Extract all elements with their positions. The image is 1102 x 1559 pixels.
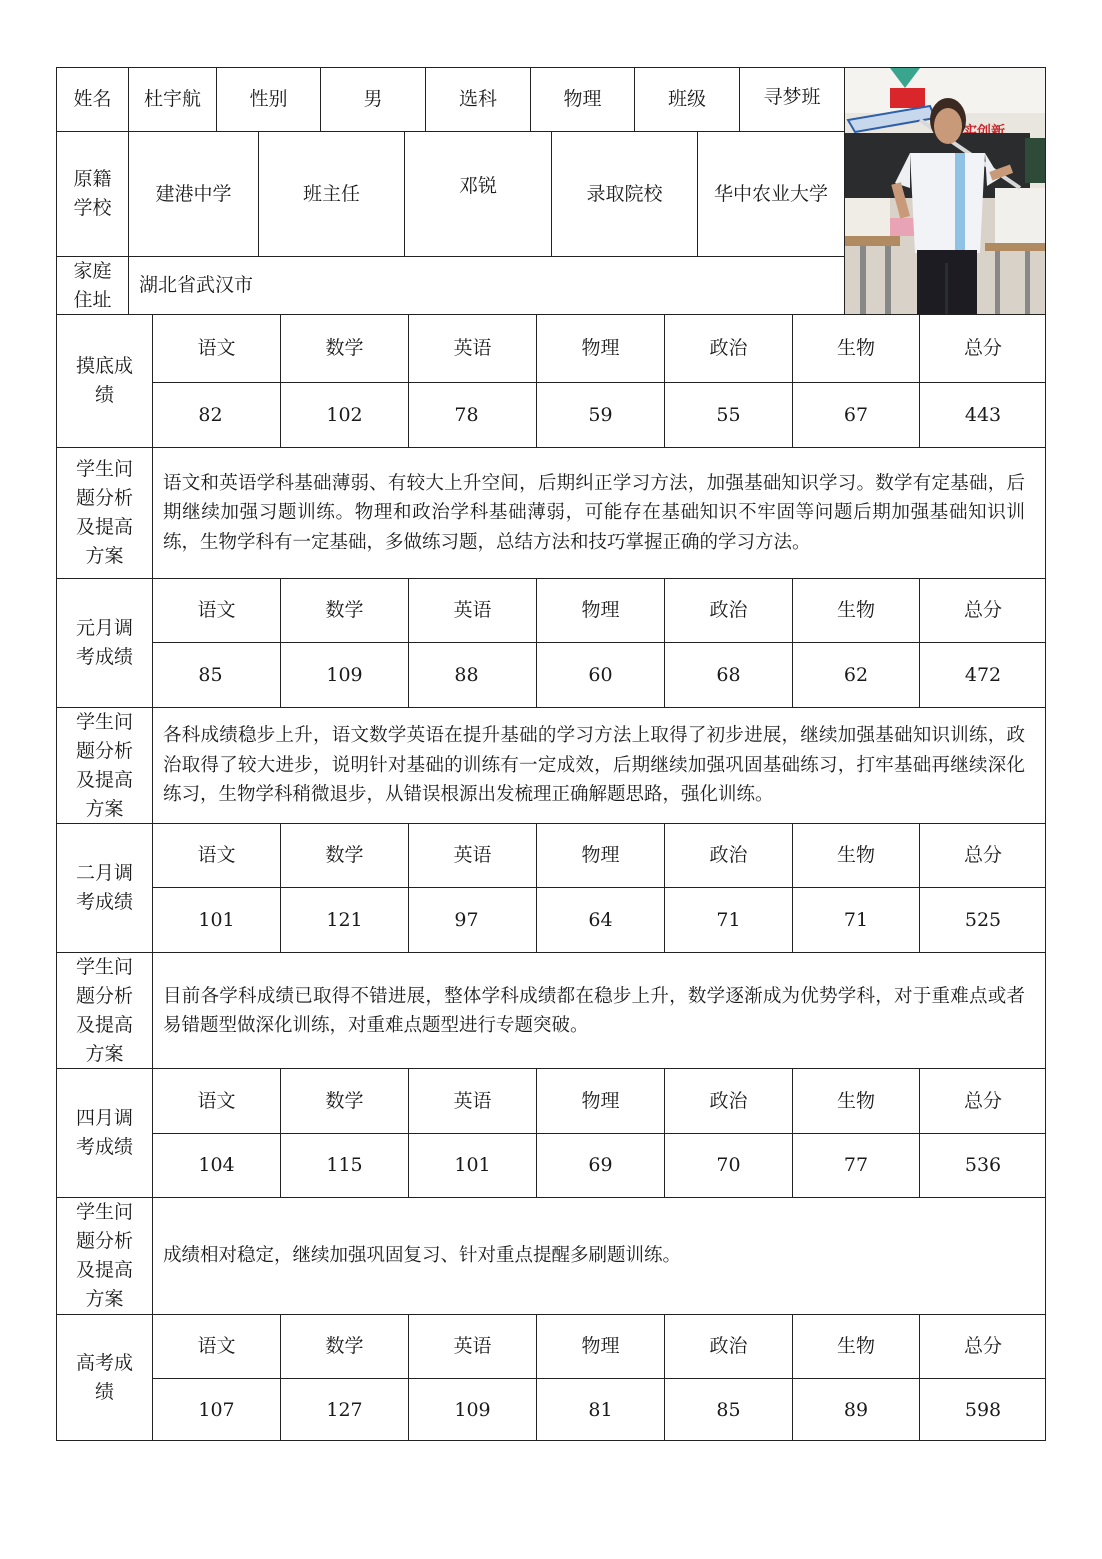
subject-header: 语文 [153,1069,280,1133]
subject-header: 数学 [281,1069,408,1133]
analysis-text: 语文和英语学科基础薄弱、有较大上升空间，后期纠正学习方法，加强基础知识学习。数学… [163,448,1025,578]
divider [152,1133,1046,1134]
subject-header: 物理 [537,315,664,382]
score-cell: 472 [920,643,1046,707]
subject-header: 总分 [920,1315,1046,1378]
subject-header: 物理 [537,1069,664,1133]
subject-header: 政治 [665,579,792,642]
subject-header: 物理 [537,1315,664,1378]
score-cell: 443 [920,383,1046,447]
divider [739,68,740,131]
divider [57,1068,1046,1069]
admission-label: 录取院校 [552,132,697,256]
divider [57,1197,1046,1198]
subject-header: 生物 [793,315,919,382]
subject-choice-label: 选科 [426,68,530,131]
divider [152,382,1046,383]
address-value: 湖北省武汉市 [139,257,539,314]
divider [57,447,1046,448]
divider [634,68,635,131]
divider [152,315,153,1441]
score-cell: 55 [665,383,792,447]
analysis-text: 目前各学科成绩已取得不错进展，整体学科成绩都在稳步上升，数学逐渐成为优势学科，对… [163,946,1025,1076]
school-label: 原籍 学校 [57,132,128,256]
teacher-label: 班主任 [259,132,404,256]
subject-header: 政治 [665,315,792,382]
score-cell: 102 [281,383,408,447]
score-cell: 62 [793,643,919,707]
teacher-value: 邓锐 [405,124,551,248]
score-cell: 71 [665,888,792,952]
score-cell: 69 [537,1134,664,1197]
score-cell: 109 [409,1379,536,1441]
score-cell: 71 [793,888,919,952]
exam-label: 二月调 考成绩 [57,824,152,952]
subject-header: 物理 [537,579,664,642]
score-cell: 101 [409,1134,536,1197]
admission-value: 华中农业大学 [698,132,844,256]
name-value: 杜宇航 [129,68,216,131]
subject-header: 语文 [153,579,280,642]
score-cell: 115 [281,1134,408,1197]
score-cell: 59 [537,383,664,447]
exam-label: 高考成 绩 [57,1315,152,1441]
subject-choice-value: 物理 [531,68,634,131]
divider [216,68,217,131]
subject-header: 生物 [793,824,919,887]
score-cell: 64 [537,888,664,952]
subject-header: 英语 [409,1069,536,1133]
exam-label: 四月调 考成绩 [57,1069,152,1197]
score-cell: 89 [793,1379,919,1441]
divider [551,132,552,256]
divider [530,68,531,131]
exam-label: 摸底成 绩 [57,315,152,447]
score-cell: 88 [409,643,524,707]
divider [152,1378,1046,1379]
divider [404,132,405,256]
score-cell: 101 [153,888,280,952]
score-cell: 109 [281,643,408,707]
name-label: 姓名 [57,68,128,131]
score-cell: 85 [665,1379,792,1441]
subject-header: 数学 [281,824,408,887]
analysis-label: 学生问 题分析 及提高 方案 [57,448,152,578]
score-cell: 107 [153,1379,280,1441]
score-cell: 121 [281,888,408,952]
score-cell: 82 [153,383,268,447]
address-label: 家庭 住址 [57,257,128,314]
score-cell: 60 [537,643,664,707]
score-cell: 77 [793,1134,919,1197]
score-cell: 67 [793,383,919,447]
subject-header: 政治 [665,1069,792,1133]
divider [320,68,321,131]
student-photo-image: 实创新 [845,68,1045,314]
subject-header: 生物 [793,579,919,642]
subject-header: 英语 [409,579,536,642]
subject-header: 政治 [665,824,792,887]
score-cell: 536 [920,1134,1046,1197]
class-label: 班级 [635,68,739,131]
subject-header: 英语 [409,824,536,887]
divider [425,68,426,131]
divider [57,952,1046,953]
divider [57,256,845,257]
subject-header: 生物 [793,1315,919,1378]
score-cell: 598 [920,1379,1046,1441]
score-cell: 70 [665,1134,792,1197]
subject-header: 总分 [920,1069,1046,1133]
divider [57,131,845,132]
analysis-label: 学生问 题分析 及提高 方案 [57,708,152,823]
class-value: 寻梦班 [740,66,844,129]
exam-label: 元月调 考成绩 [57,579,152,707]
divider [57,707,1046,708]
subject-header: 英语 [409,315,536,382]
score-cell: 68 [665,643,792,707]
analysis-text: 各科成绩稳步上升，语文数学英语在提升基础的学习方法上取得了初步进展，继续加强基础… [163,708,1025,823]
subject-header: 总分 [920,315,1046,382]
subject-header: 数学 [281,315,408,382]
student-photo: 实创新 [845,68,1045,314]
divider [57,823,1046,824]
score-cell: 85 [153,643,268,707]
divider [258,132,259,256]
score-cell: 127 [281,1379,408,1441]
gender-value: 男 [321,68,425,131]
subject-header: 物理 [537,824,664,887]
subject-header: 数学 [281,579,408,642]
score-cell: 78 [409,383,524,447]
school-value: 建港中学 [129,132,258,256]
divider [844,68,845,314]
score-cell: 97 [409,888,524,952]
analysis-text: 成绩相对稳定，继续加强巩固复习、针对重点提醒多刷题训练。 [163,1198,1025,1314]
analysis-label: 学生问 题分析 及提高 方案 [57,953,152,1068]
subject-header: 总分 [920,824,1046,887]
divider [57,578,1046,579]
subject-header: 语文 [153,315,280,382]
divider [57,1314,1046,1315]
score-cell: 104 [153,1134,280,1197]
gender-label: 性别 [217,68,320,131]
divider [128,68,129,314]
divider [152,642,1046,643]
analysis-label: 学生问 题分析 及提高 方案 [57,1198,152,1314]
subject-header: 总分 [920,579,1046,642]
score-cell: 525 [920,888,1046,952]
subject-header: 英语 [409,1315,536,1378]
subject-header: 政治 [665,1315,792,1378]
subject-header: 数学 [281,1315,408,1378]
subject-header: 语文 [153,1315,280,1378]
divider [697,132,698,256]
subject-header: 生物 [793,1069,919,1133]
score-cell: 81 [537,1379,664,1441]
divider [152,887,1046,888]
subject-header: 语文 [153,824,280,887]
